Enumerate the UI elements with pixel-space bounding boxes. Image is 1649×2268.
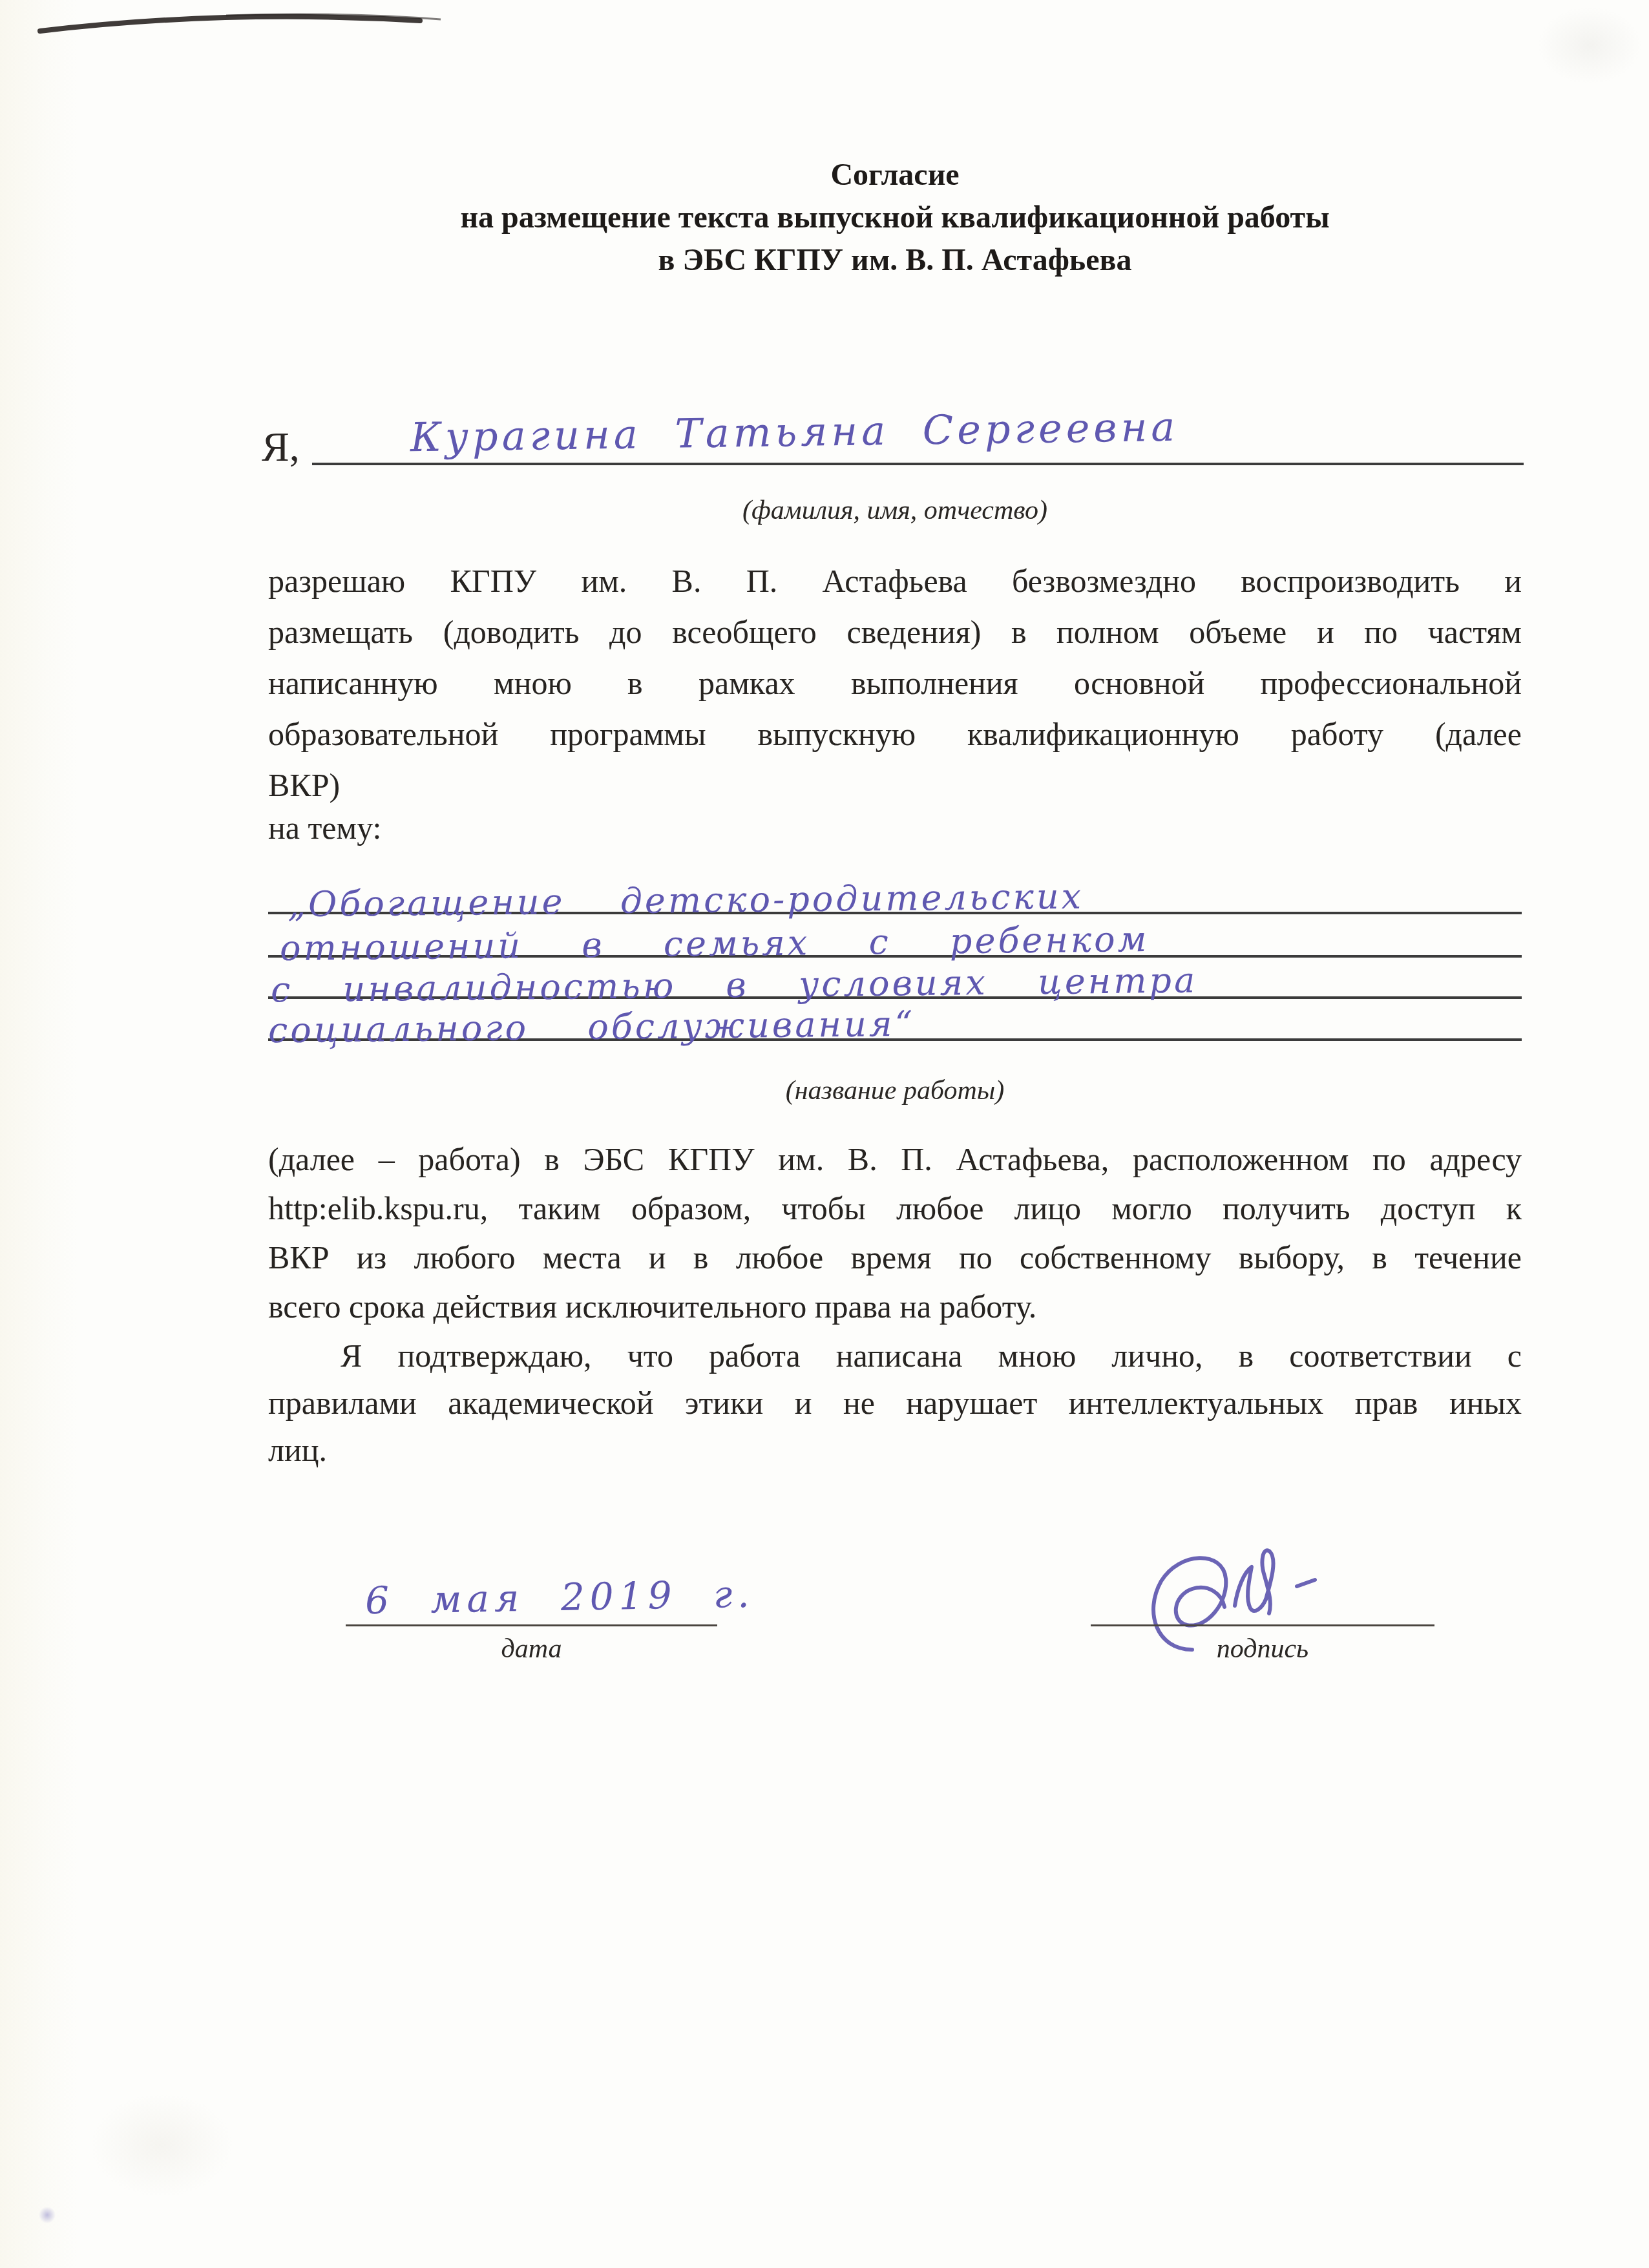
title-line: на размещение текста выпускной квалифика… [268, 196, 1522, 239]
document-title: Согласие на размещение текста выпускной … [268, 154, 1522, 282]
paragraph-line: http:elib.kspu.ru, таким образом, чтобы … [268, 1184, 1522, 1233]
access-paragraph: (далее – работа) в ЭБС КГПУ им. В. П. Ас… [268, 1135, 1522, 1331]
date-caption: дата [346, 1633, 717, 1664]
title-line: Согласие [268, 154, 1522, 196]
scan-smudge [90, 2094, 233, 2197]
permission-paragraph: разрешаю КГПУ им. В. П. Астафьева безвоз… [268, 556, 1522, 811]
paragraph-line: правилами академической этики и не наруш… [268, 1380, 1522, 1427]
fio-prefix: Я, [262, 423, 300, 471]
scan-smudge [1538, 6, 1641, 84]
paragraph-line: размещать (доводить до всеобщего сведени… [268, 607, 1522, 658]
scan-top-edge-artifact [32, 6, 446, 45]
scan-edge-shading [0, 0, 78, 2268]
fio-caption: (фамилия, имя, отчество) [268, 495, 1522, 526]
topic-handwritten-line: социального обслуживания“ [268, 1003, 916, 1051]
paragraph-line: разрешаю КГПУ им. В. П. Астафьева безвоз… [268, 556, 1522, 607]
paragraph-line: образовательной программы выпускную квал… [268, 709, 1522, 760]
scanned-consent-form-page: Согласие на размещение текста выпускной … [0, 0, 1649, 2268]
paragraph-line: Я подтверждаю, что работа написана мною … [268, 1332, 1522, 1380]
date-underline [346, 1624, 717, 1626]
date-handwritten-value: 6 мая 2019 г. [364, 1572, 755, 1623]
signature-caption: подпись [1091, 1633, 1434, 1664]
paragraph-line: (далее – работа) в ЭБС КГПУ им. В. П. Ас… [268, 1135, 1522, 1184]
paragraph-line: ВКР) [268, 760, 1522, 811]
topic-label: на тему: [268, 809, 381, 846]
signature-underline [1091, 1624, 1434, 1626]
fio-handwritten-value: Курагина Татьяна Сергеевна [410, 403, 1179, 461]
topic-line-row: социального обслуживания“ [268, 992, 1522, 1041]
paragraph-line: всего срока действия исключительного пра… [268, 1282, 1522, 1331]
fio-underline [312, 463, 1524, 465]
topic-caption: (название работы) [268, 1075, 1522, 1106]
paragraph-line: ВКР из любого места и в любое время по с… [268, 1233, 1522, 1282]
paragraph-line: написанную мною в рамках выполнения осно… [268, 658, 1522, 709]
topic-line-row: „Обогащение детско-родительских [268, 865, 1522, 914]
title-line: в ЭБС КГПУ им. В. П. Астафьева [268, 239, 1522, 282]
paragraph-line: лиц. [268, 1427, 1522, 1474]
integrity-paragraph: Я подтверждаю, что работа написана мною … [268, 1332, 1522, 1474]
